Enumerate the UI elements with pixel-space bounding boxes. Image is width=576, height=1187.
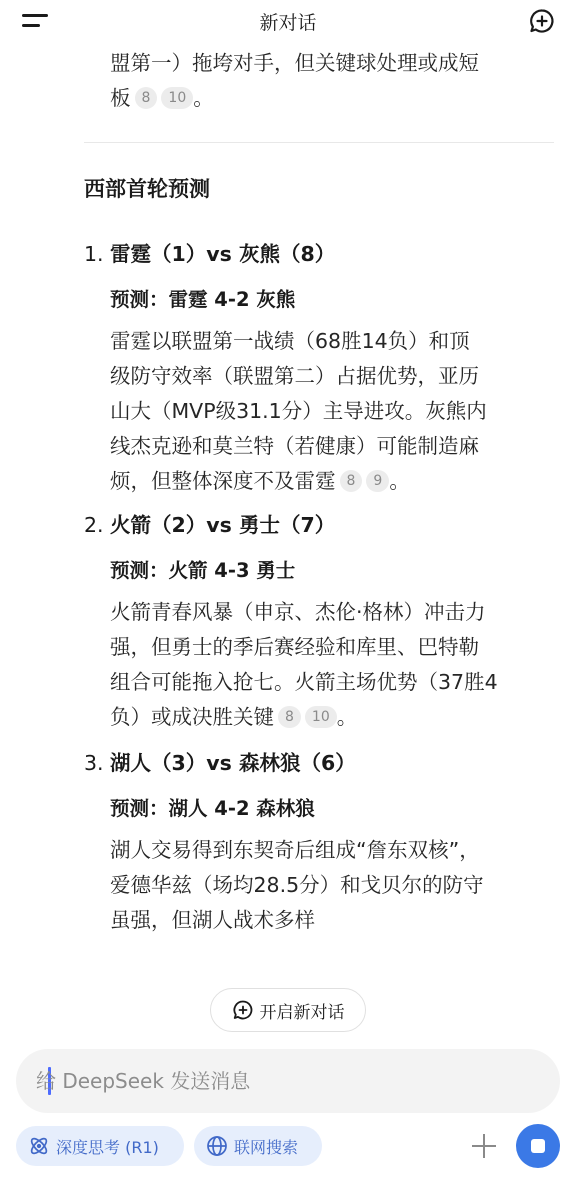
- text: 。: [389, 469, 410, 493]
- prediction-line: 预测：湖人 4-2 森林狼: [110, 793, 315, 821]
- web-search-label: 联网搜索: [234, 1135, 298, 1158]
- message-input[interactable]: [34, 1049, 534, 1113]
- new-chat-label: 开启新对话: [260, 998, 345, 1023]
- list-item-title: 1.雷霆（1）vs 灰熊（8）: [84, 237, 335, 267]
- stop-generation-button[interactable]: [516, 1124, 560, 1168]
- text: 烦，但整体深度不及雷霆: [110, 469, 336, 493]
- text-line: 级防守效率（联盟第二）占据优势，亚历: [110, 359, 556, 394]
- citation-badge[interactable]: 8: [135, 87, 158, 109]
- web-search-toggle[interactable]: 联网搜索: [194, 1126, 322, 1166]
- matchup-title: 湖人（3）vs 森林狼（6）: [110, 751, 356, 775]
- globe-icon: [206, 1135, 228, 1157]
- text-line: 组合可能拖入抢七。火箭主场优势（37胜4: [110, 665, 556, 700]
- citation-badge[interactable]: 8: [278, 706, 301, 728]
- section-heading: 西部首轮预测: [84, 173, 210, 203]
- prediction-line: 预测：雷霆 4-2 灰熊: [110, 284, 295, 312]
- stop-icon: [531, 1139, 545, 1153]
- list-item-title: 2.火箭（2）vs 勇士（7）: [84, 508, 335, 538]
- text: 负）或成决胜关键: [110, 705, 274, 729]
- atom-icon: [28, 1135, 50, 1157]
- text-line: 爱德华兹（场均28.5分）和戈贝尔的防守: [110, 868, 556, 903]
- text: 。: [337, 705, 358, 729]
- text-line: 烦，但整体深度不及雷霆89。: [110, 464, 556, 499]
- attach-plus-icon[interactable]: [470, 1132, 498, 1160]
- matchup-title: 火箭（2）vs 勇士（7）: [110, 513, 335, 537]
- paragraph: 雷霆以联盟第一战绩（68胜14负）和顶 级防守效率（联盟第二）占据优势，亚历 山…: [110, 324, 556, 499]
- citation-badge[interactable]: 10: [305, 706, 337, 728]
- text: 。: [193, 86, 214, 110]
- paragraph: 火箭青春风暴（申京、杰伦·格林）冲击力 强，但勇士的季后赛经验和库里、巴特勒 组…: [110, 595, 556, 735]
- citation-badge[interactable]: 9: [366, 470, 389, 492]
- new-chat-icon[interactable]: [528, 7, 556, 35]
- text-line: 雷霆以联盟第一战绩（68胜14负）和顶: [110, 324, 556, 359]
- divider: [84, 142, 554, 143]
- text-line: 湖人交易得到东契奇后组成“詹东双核”，: [110, 833, 556, 868]
- chat-bubble-plus-icon: [232, 999, 254, 1021]
- deep-think-label: 深度思考 (R1): [56, 1135, 159, 1158]
- text: 板: [110, 86, 131, 110]
- list-item-title: 3.湖人（3）vs 森林狼（6）: [84, 746, 356, 776]
- text-line: 负）或成决胜关键810。: [110, 700, 556, 735]
- text-line: 盟第一）拖垮对手，但关键球处理或成短: [110, 46, 556, 81]
- message-composer[interactable]: [16, 1049, 560, 1113]
- text-line: 线杰克逊和莫兰特（若健康）可能制造麻: [110, 429, 556, 464]
- text-line: 板810。: [110, 81, 556, 116]
- text-line: 虽强，但湖人战术多样: [110, 903, 556, 938]
- citation-badge[interactable]: 8: [340, 470, 363, 492]
- list-number: 3.: [84, 751, 110, 775]
- list-number: 1.: [84, 242, 110, 266]
- text-line: 山大（MVP级31.1分）主导进攻。灰熊内: [110, 394, 556, 429]
- prediction-line: 预测：火箭 4-3 勇士: [110, 555, 295, 583]
- new-chat-button[interactable]: 开启新对话: [210, 988, 366, 1032]
- top-bar: 新对话: [0, 0, 576, 42]
- list-number: 2.: [84, 513, 110, 537]
- deep-think-toggle[interactable]: 深度思考 (R1): [16, 1126, 184, 1166]
- text-line: 强，但勇士的季后赛经验和库里、巴特勒: [110, 630, 556, 665]
- citation-badge[interactable]: 10: [161, 87, 193, 109]
- page-title: 新对话: [0, 8, 576, 35]
- paragraph-intro-tail: 盟第一）拖垮对手，但关键球处理或成短 板810。: [110, 46, 556, 116]
- text-line: 火箭青春风暴（申京、杰伦·格林）冲击力: [110, 595, 556, 630]
- matchup-title: 雷霆（1）vs 灰熊（8）: [110, 242, 335, 266]
- paragraph: 湖人交易得到东契奇后组成“詹东双核”， 爱德华兹（场均28.5分）和戈贝尔的防守…: [110, 833, 556, 938]
